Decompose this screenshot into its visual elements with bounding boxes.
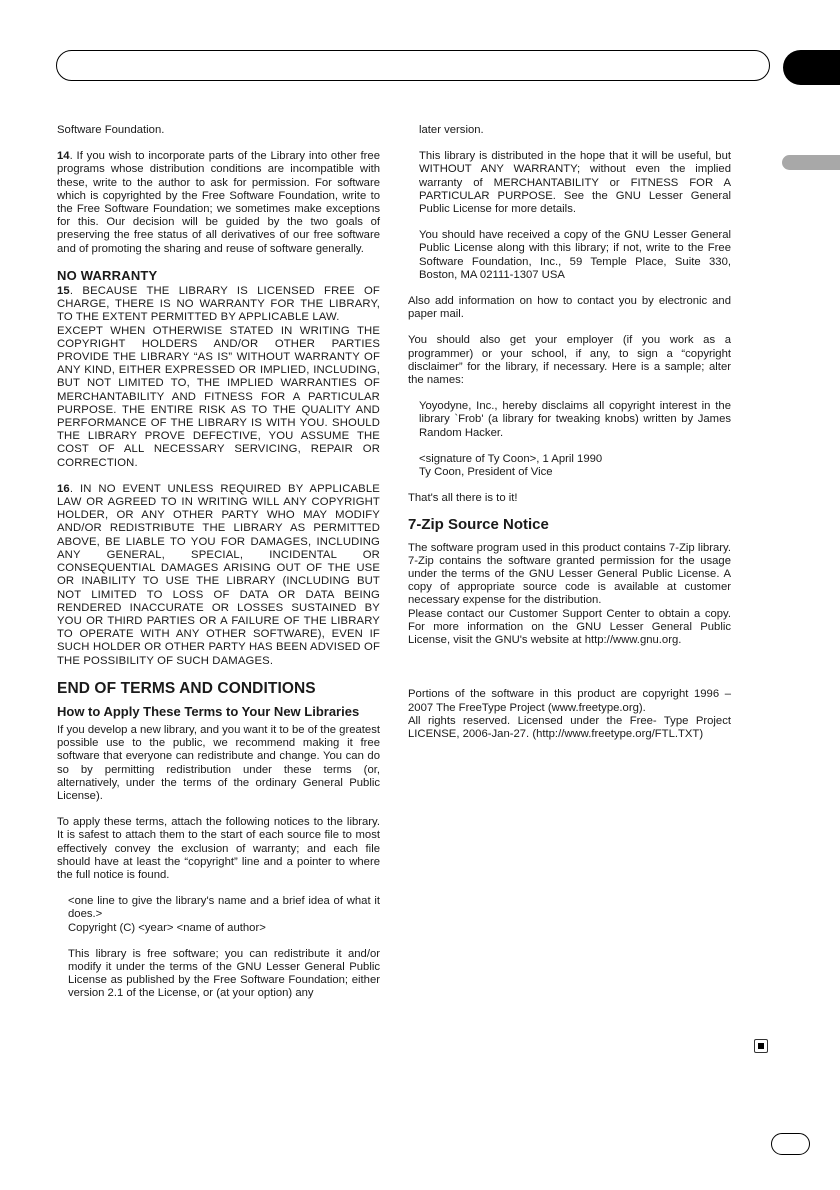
how-to-apply-paragraph-2: To apply these terms, attach the followi… xyxy=(57,816,380,882)
sample-paragraph: Yoyodyne, Inc., hereby disclaims all cop… xyxy=(419,400,731,440)
thats-all-paragraph: That's all there is to it! xyxy=(408,492,731,505)
side-section-tab xyxy=(782,155,840,170)
7zip-notice-heading: 7-Zip Source Notice xyxy=(408,518,731,531)
notice-paragraph-2: This library is distributed in the hope … xyxy=(419,150,731,216)
clause-number: 15 xyxy=(57,285,70,297)
paragraph-14: 14. If you wish to incorporate parts of … xyxy=(57,150,380,256)
header-section-tab xyxy=(783,50,840,85)
how-to-apply-heading: How to Apply These Terms to Your New Lib… xyxy=(57,704,380,719)
right-column: later version. This library is distribut… xyxy=(408,124,731,754)
contact-paragraph: Also add information on how to contact y… xyxy=(408,295,731,321)
notice-continued: later version. xyxy=(419,124,731,137)
7zip-paragraph-2: Please contact our Customer Support Cent… xyxy=(408,608,731,648)
page-number-badge xyxy=(771,1133,810,1155)
left-column: Software Foundation. 14. If you wish to … xyxy=(57,124,380,1001)
signature-line-1: <signature of Ty Coon>, 1 April 1990 xyxy=(419,453,731,466)
paragraph-16: 16. IN NO EVENT UNLESS REQUIRED BY APPLI… xyxy=(57,483,380,668)
freetype-paragraph-2: All rights reserved. Licensed under the … xyxy=(408,715,731,741)
paragraph-15: 15. BECAUSE THE LIBRARY IS LICENSED FREE… xyxy=(57,285,380,325)
clause-number: 16 xyxy=(57,483,70,495)
sample-disclaimer-block: Yoyodyne, Inc., hereby disclaims all cop… xyxy=(408,400,731,479)
header-title-bar xyxy=(56,50,770,81)
notice-block-continued: later version. This library is distribut… xyxy=(408,124,731,282)
end-of-terms-heading: END OF TERMS AND CONDITIONS xyxy=(57,682,380,695)
paragraph-15-continued: EXCEPT WHEN OTHERWISE STATED IN WRITING … xyxy=(57,325,380,470)
clause-number: 14 xyxy=(57,150,70,162)
notice-line-1: <one line to give the library's name and… xyxy=(68,895,380,921)
paragraph-continued: Software Foundation. xyxy=(57,124,380,137)
end-of-section-square-icon xyxy=(754,1039,768,1053)
how-to-apply-paragraph-1: If you develop a new library, and you wa… xyxy=(57,724,380,803)
signature-line-2: Ty Coon, President of Vice xyxy=(419,466,731,479)
spacer xyxy=(408,660,731,688)
notice-line-2: Copyright (C) <year> <name of author> xyxy=(68,922,380,935)
notice-block: <one line to give the library's name and… xyxy=(57,895,380,1000)
notice-paragraph-3: You should have received a copy of the G… xyxy=(419,229,731,282)
notice-paragraph: This library is free software; you can r… xyxy=(68,948,380,1001)
no-warranty-heading: NO WARRANTY xyxy=(57,269,380,282)
freetype-paragraph-1: Portions of the software in this product… xyxy=(408,688,731,714)
employer-paragraph: You should also get your employer (if yo… xyxy=(408,334,731,387)
7zip-paragraph-1: The software program used in this produc… xyxy=(408,542,731,608)
